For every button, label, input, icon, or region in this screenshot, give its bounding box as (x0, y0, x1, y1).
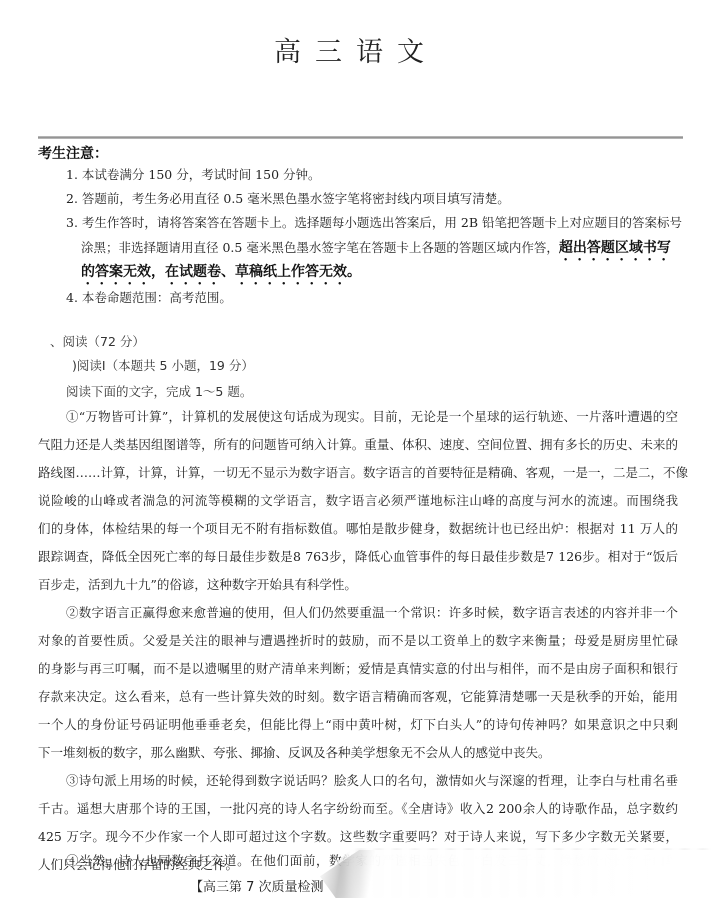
notice-item-3-emphasis-text: 超出答题区域书写 (559, 240, 671, 256)
section-heading: 、阅读（72 分） (50, 332, 145, 350)
paragraph-3-line: 千古。遥想大唐那个诗的王国，一批闪亮的诗人名字纷纷而至。《全唐诗》收入2 200… (38, 799, 678, 817)
notice-item-3-line-3: 的答案无效，在试题卷、草稿纸上作答无效。 (81, 261, 361, 288)
notice-item-3: 3. 考生作答时，请将答案答在答题卡上。选择题每小题选出答案后，用 2B 铅笔把… (66, 213, 682, 231)
paragraph-1-line: 们的身体，体检结果的每一个项目无不附有指标数值。哪怕是散步健身，数据统计也已经出… (38, 519, 678, 537)
paragraph-1-line: 跟踪调查，降低全因死亡率的每日最佳步数是8 763步，降低心血管事件的每日最佳步… (38, 547, 678, 565)
paragraph-3-line: 425 万字。现今不少作家一个人即可超过这个字数。这些数字重要吗？对于诗人来说，… (38, 827, 678, 845)
notice-heading: 考生注意： (38, 143, 108, 163)
paragraph-1-line: 气阻力还是人类基因组图谱等，所有的问题皆可纳入计算。重量、体积、速度、空间位置、… (38, 435, 678, 453)
paragraph-1-line: 百步走，活到九十九”的俗谚，这种数字开始具有科学性。 (38, 575, 678, 593)
paragraph-1-line: ①“万物皆可计算”，计算机的发展使这句话成为现实。目前，无论是一个星球的运行轨迹… (66, 407, 678, 425)
paragraph-2-line: 对象的首要性质。父爱是关注的眼神与遭遇挫折时的鼓励，而不是以工资单上的数字来衡量… (38, 631, 678, 649)
notice-item-2: 2. 答题前，考生务必用直径 0.5 毫米黑色墨水签字笔将密封线内项目填写清楚。 (66, 189, 510, 207)
paragraph-2-line: 一个人的身份证号码证明他垂垂老矣，但能比得上“雨中黄叶树，灯下白头人”的诗句传神… (38, 715, 678, 733)
notice-item-4: 4. 本卷命题范围：高考范围。 (66, 288, 232, 306)
notice-item-3-line-2: 涂黑；非选择题请用直径 0.5 毫米黑色墨水签字笔在答题卡上各题的答题区域内作答… (81, 237, 671, 264)
paragraph-1-line: 说险峻的山峰或者湍急的河流等模糊的文学语言，数字语言必须严谨地标注山峰的高度与河… (38, 491, 678, 509)
paragraph-2-line: ②数字语言正赢得愈来愈普遍的使用，但人们仍然要重温一个常识：许多时候，数字语言表… (66, 603, 678, 621)
notice-item-3-emphasis-text-2: 的答案无效，在试题卷、草稿纸上作答无效。 (81, 264, 361, 280)
notice-item-3-plain-text: 涂黑；非选择题请用直径 0.5 毫米黑色墨水签字笔在答题卡上各题的答题区域内作答… (81, 240, 559, 255)
footer-label: 【高三第 7 次质量检测 (190, 876, 324, 895)
paragraph-2-line: 的身影与再三叮嘱，而不是以遗嘱里的财产清单来判断；爱情是真情实意的付出与相伴，而… (38, 659, 678, 677)
page-title: 高三语文 (0, 30, 712, 69)
notice-item-1: 1. 本试卷满分 150 分，考试时间 150 分钟。 (66, 165, 321, 183)
paragraph-2-line: 下一堆刻板的数字，那么幽默、夸张、揶揄、反讽及各种美学想象无不会从人的感觉中丧失… (38, 743, 678, 761)
paragraph-1-line: 路线图……计算，计算，计算，一切无不显示为数字语言。数字语言的首要特征是精确、客… (38, 463, 678, 481)
section-subheading: )阅读Ⅰ（本题共 5 小题，19 分） (72, 356, 254, 374)
paragraph-2-line: 存款来决定。这么看来，总有一些计算失效的时刻。数字语言精确而客观，它能算清楚哪一… (38, 687, 678, 705)
page-curl (320, 850, 712, 898)
header-divider (38, 136, 683, 139)
paragraph-3-line: ③诗句派上用场的时候，还轮得到数字说话吗？脍炙人口的名句，激情如火与深邃的哲理，… (66, 771, 678, 789)
section-instruction: 阅读下面的文字，完成 1～5 题。 (66, 382, 252, 400)
